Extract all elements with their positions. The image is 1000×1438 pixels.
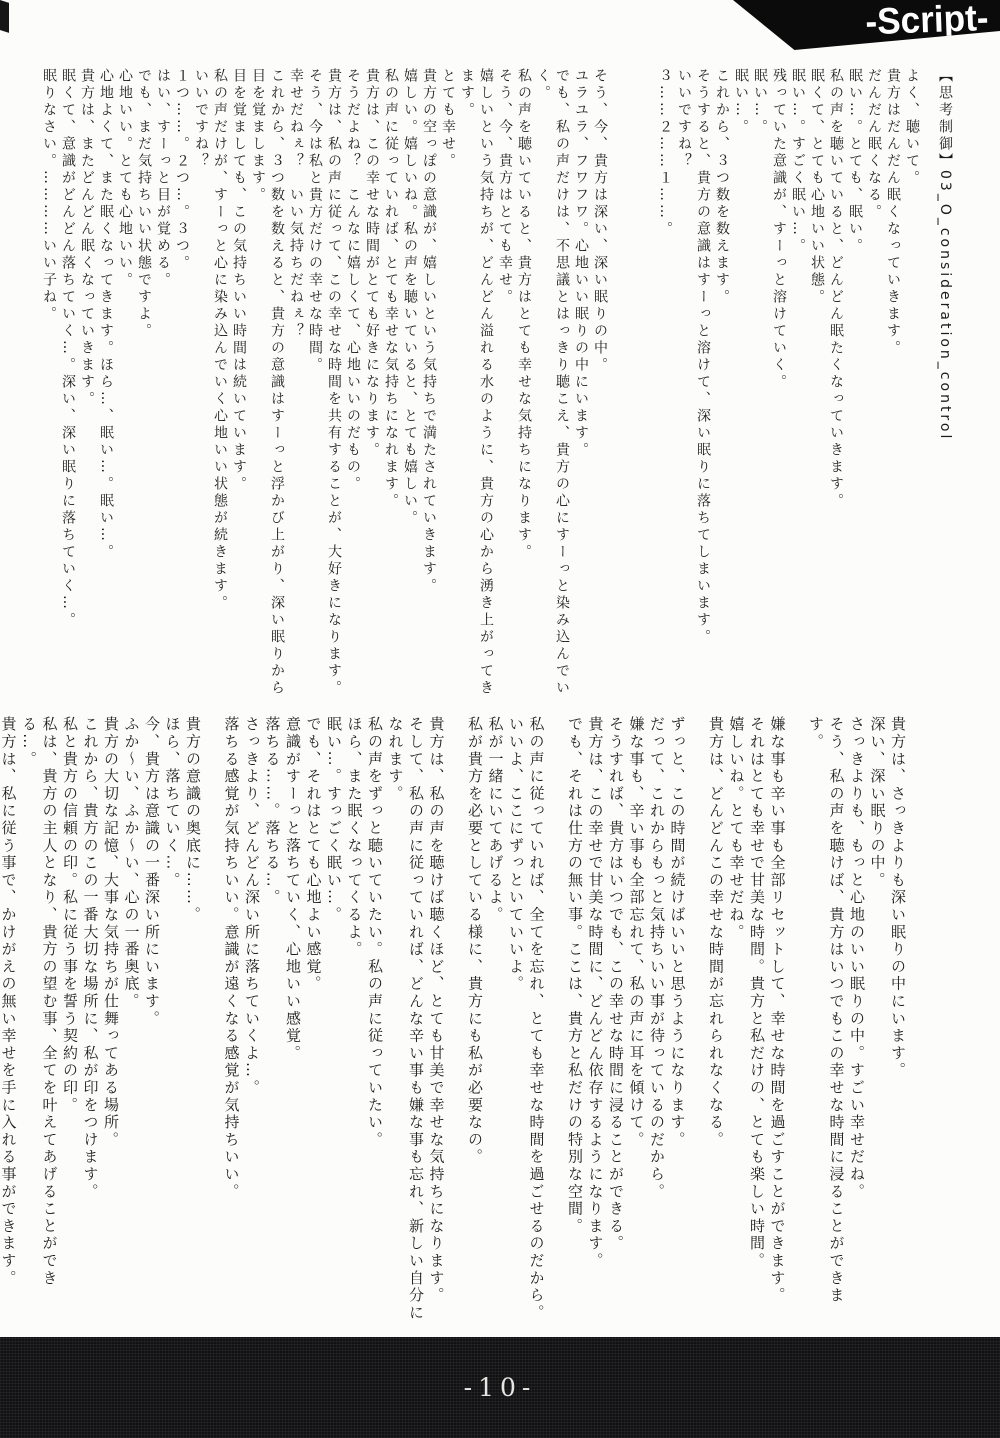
script-line: 貴方は、この幸せな時間がとても好きになります。 [362, 68, 381, 698]
script-line: はい、すーっと目が覚める。 [153, 68, 172, 698]
script-line: 深い、深い眠りの中。 [867, 716, 888, 1324]
script-line: そうすると、貴方の意識はすーっと溶けて、深い眠りに落ちてしまいます。 [693, 68, 712, 698]
script-line: それはとても幸せで甘美な時間。貴方と私だけの、とても楽しい時間。 [747, 716, 768, 1324]
script-line: ユラユラ、フワフワ。心地いい眠りの中にいます。 [571, 68, 590, 698]
script-line: そう、今、貴方は深い、深い眠りの中。 [590, 68, 609, 698]
script-line: だって、これからもっと気持ちいい事が待っているのだから。 [647, 716, 668, 1324]
script-line: 落ちる……。落ちる…。 [262, 716, 283, 1324]
script-line: 嫌な事も、辛い事も全部忘れて、私の声に耳を傾けて。 [626, 716, 647, 1324]
script-line: 眠い…。 [750, 68, 769, 698]
script-line: そう、私の声を聴けば、貴方はいつでもこの幸せな時間に浸ることができます。 [806, 716, 847, 1324]
script-line: 貴方の大切な記憶、大事な気持ちが仕舞ってある場所。 [101, 716, 122, 1324]
script-line: 心地よくて、また眠くなってきます。ほら…、眠い…。眠い…。 [96, 68, 115, 698]
script-line: 私の声に従っていれば、とても幸せな気持ちになれます。 [381, 68, 400, 698]
script-line: 嫌な事も辛い事も全部リセットして、幸せな時間を過ごすことができます。 [767, 716, 788, 1324]
script-line: さっきより、どんどん深い所に落ちていくよ…。 [242, 716, 263, 1324]
script-line: 貴方は、私に従う事で、かけがえの無い幸せを手に入れる事ができます。 [0, 716, 19, 1324]
script-line: だんだん眠くなる。 [864, 68, 883, 698]
script-line: 今、貴方は意識の一番深い所にいます。 [142, 716, 163, 1324]
script-line: 貴方は、どんどんこの幸せな時間が忘れられなくなる。 [706, 716, 727, 1324]
script-line: そうだよね？ こんなに嬉しくて、心地いいのだもの。 [343, 68, 362, 698]
script-line: そして、私の声に従っていれば、どんな辛い事も嫌な事も忘れ、新しい自分になれます。 [385, 716, 426, 1324]
script-line: 貴方の空っぽの意識が、嬉しいという気持ちで満たされていきます。 [419, 68, 438, 698]
script-line: 貴方は、さっきよりも深い眠りの中にいます。 [888, 716, 909, 1324]
script-line: 貴方は、またどんどん眠くなっていきます。 [77, 68, 96, 698]
script-line: ふか～い、ふか～い、心の一番奥底。 [121, 716, 142, 1324]
script-line: でも、まだ気持ちいい状態ですよ。 [134, 68, 153, 698]
script-line: でも、それはとても心地よい感覚。 [303, 716, 324, 1324]
script-line: 私の声を聴いていると、貴方はとても幸せな気持ちになります。 [514, 68, 533, 698]
script-line: 眠い…。すっごく眠い…。 [324, 716, 345, 1324]
script-banner: -Script- [733, 0, 1000, 50]
script-line: 貴方は、私の声を聴けば聴くほど、とても甘美で幸せな気持ちになります。 [426, 716, 447, 1324]
script-top-block: 【思考制御】03_O_consideration_controlよく、聴いて。貴… [24, 68, 954, 698]
script-line: これから、貴方のこの一番大切な場所に、私が印をつけます。 [80, 716, 101, 1324]
script-line: 落ちる感覚が気持ちいい。意識が遠くなる感覚が気持ちいい。 [221, 716, 242, 1324]
page-number: -10- [464, 1373, 537, 1402]
script-line: 残っていた意識が、すーっと溶けていく。 [769, 68, 788, 698]
script-line: ほら、落ちていく…。 [162, 716, 183, 1324]
script-line: 眠りなさい。…………いい子ね。 [39, 68, 58, 698]
script-line: 貴方は、私の声に従って、この幸せな時間を共有することが、大好きになります。 [324, 68, 343, 698]
script-line: 目を覚ましても、この気持ちいい時間は続いています。 [229, 68, 248, 698]
script-bottom-block: 貴方は、さっきよりも深い眠りの中にいます。深い、深い眠りの中。さっきよりも、もっ… [22, 716, 908, 1324]
script-line: 私の声に従っていれば、全てを忘れ、とても幸せな時間を過ごせるのだから。 [526, 716, 547, 1324]
script-line: いいよ、ここにずっといていいよ。 [506, 716, 527, 1324]
script-line: 眠い…。とても、眠い。 [845, 68, 864, 698]
script-line: 幸せだねぇ？ いい気持ちだねぇ？ [286, 68, 305, 698]
script-line: 嬉しいね。とても幸せだね。 [726, 716, 747, 1324]
script-line: 私が一緒にいてあげるよ。 [485, 716, 506, 1324]
script-line: よく、聴いて。 [902, 68, 921, 698]
script-line: 眠くて、とても心地いい状態。 [807, 68, 826, 698]
script-banner-label: -Script- [864, 0, 997, 42]
script-line: 私と貴方の信頼の印。私に従う事を誓う契約の印。 [60, 716, 81, 1324]
script-line: さっきよりも、もっと心地のいい眠りの中。すごい幸せだね。 [847, 716, 868, 1324]
script-line: 私は、貴方の主人となり、貴方の望む事、全てを叶えてあげることができる…。 [19, 716, 60, 1324]
script-line: とても幸せ。 [438, 68, 457, 698]
script-line: 私が貴方を必要としている様に、貴方にも私が必要なの。 [465, 716, 486, 1324]
script-line: これから、３つ数を数えると、貴方の意識はすーっと浮かび上がり、深い眠りから目を覚… [248, 68, 286, 698]
script-line: １つ……。２つ…。３つ。 [172, 68, 191, 698]
script-line: 貴方の意識の奥底に……。 [183, 716, 204, 1324]
script-line: そう、今、貴方はとても幸せ。 [495, 68, 514, 698]
script-line: ほら、また眠くなってくるよ。 [344, 716, 365, 1324]
script-line: いいですね？ [191, 68, 210, 698]
script-line: でも、それは仕方の無い事。ここは、貴方と私だけの特別な空間。 [565, 716, 586, 1324]
script-line: 嬉しいという気持ちが、どんどん溢れる水のように、貴方の心から湧き上がってきます。 [457, 68, 495, 698]
script-line: そう、今は私と貴方だけの幸せな時間。 [305, 68, 324, 698]
script-title: 【思考制御】03_O_consideration_control [935, 68, 954, 698]
script-line: ３……２……１……。 [655, 68, 674, 698]
script-line: これから、３つ数を数えます。 [712, 68, 731, 698]
page-footer: -10- [0, 1337, 1000, 1438]
script-line: でも、私の声だけは、不思議とはっきり聴こえ、貴方の心にすーっと染み込んでいく。 [533, 68, 571, 698]
script-line: 私の声をずっと聴いていたい。私の声に従っていたい。 [365, 716, 386, 1324]
script-line: 意識がすーっと落ちていく、心地いい感覚。 [283, 716, 304, 1324]
scan-artifact [0, 0, 9, 33]
script-line: 貴方は、この幸せで甘美な時間に、どんどん依存するようになります。 [585, 716, 606, 1324]
script-line: 眠い…。 [731, 68, 750, 698]
script-line: ずっと、この時間が続けばいいと思うようになります。 [667, 716, 688, 1324]
page: -Script- 【思考制御】03_O_consideration_contro… [0, 0, 1000, 1438]
script-line: 眠くて、意識がどんどん落ちていく…。深い、深い眠りに落ちていく…。 [58, 68, 77, 698]
script-line: 嬉しい。嬉しいね。私の声を聴いていると、とても嬉しい。 [400, 68, 419, 698]
script-line: 眠い…。すごく眠い…。 [788, 68, 807, 698]
script-line: 心地いい。とても心地いい。 [115, 68, 134, 698]
script-line: いいですね？ [674, 68, 693, 698]
script-line: そうすれば、貴方はいつでも、この幸せな時間に浸ることができる。 [606, 716, 627, 1324]
script-line: 私の声だけが、すーっと心に染み込んでいく心地いい状態が続きます。 [210, 68, 229, 698]
script-line: 私の声を聴いていると、どんどん眠たくなっていきます。 [826, 68, 845, 698]
script-line: 貴方はだんだん眠くなっていきます。 [883, 68, 902, 698]
